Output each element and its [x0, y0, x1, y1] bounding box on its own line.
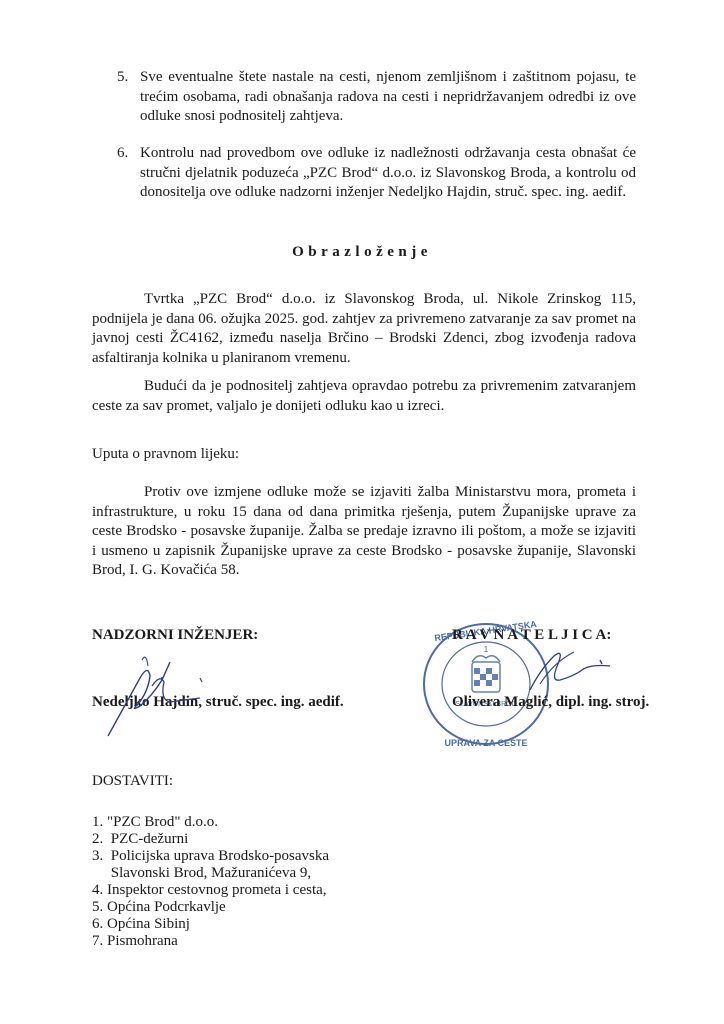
- reasoning-paragraph-2: Budući da je podnositelj zahtjeva opravd…: [92, 377, 636, 416]
- item-text: Kontrolu nad provedbom ove odluke iz nad…: [140, 144, 636, 203]
- svg-text:UPRAVA ZA CESTE: UPRAVA ZA CESTE: [444, 738, 527, 748]
- distribution-list: 1. "PZC Brod" d.o.o. 2. PZC-dežurni 3. P…: [92, 814, 329, 950]
- svg-text:1: 1: [484, 645, 489, 654]
- reasoning-heading: Obrazloženje: [0, 244, 724, 261]
- item-number: 5.: [117, 68, 128, 88]
- signature-hajdin-icon: [100, 640, 210, 740]
- supervising-engineer-name: Nedeljko Hajdin, struč. spec. ing. aedif…: [92, 694, 344, 711]
- item-number: 6.: [117, 144, 128, 164]
- distribution-item: 3. Policijska uprava Brodsko-posavska: [92, 848, 329, 865]
- distribution-label: DOSTAVITI:: [92, 773, 173, 790]
- distribution-item: 7. Pismohrana: [92, 933, 329, 950]
- item-text: Sve eventualne štete nastale na cesti, n…: [140, 68, 636, 127]
- legal-remedy-label: Uputa o pravnom lijeku:: [92, 445, 239, 464]
- director-name: Olivera Maglić, dipl. ing. stroj.: [452, 694, 649, 711]
- decision-item-6: 6. Kontrolu nad provedbom ove odluke iz …: [117, 144, 636, 203]
- distribution-item: 2. PZC-dežurni: [92, 831, 329, 848]
- distribution-item: 4. Inspektor cestovnog prometa i cesta,: [92, 882, 329, 899]
- supervising-engineer-title: NADZORNI INŽENJER:: [92, 627, 258, 644]
- distribution-item: Slavonski Brod, Mažuranićeva 9,: [92, 865, 329, 882]
- reasoning-paragraph-1: Tvrtka „PZC Brod“ d.o.o. iz Slavonskog B…: [92, 290, 636, 368]
- distribution-item: 6. Općina Sibinj: [92, 916, 329, 933]
- decision-item-5: 5. Sve eventualne štete nastale na cesti…: [117, 68, 636, 127]
- signature-director-icon: [520, 640, 630, 700]
- legal-remedy-text: Protiv ove izmjene odluke može se izjavi…: [92, 483, 636, 581]
- director-title: R A V N A T E L J I C A:: [452, 627, 611, 644]
- distribution-item: 5. Općina Podcrkavlje: [92, 899, 329, 916]
- distribution-item: 1. "PZC Brod" d.o.o.: [92, 814, 329, 831]
